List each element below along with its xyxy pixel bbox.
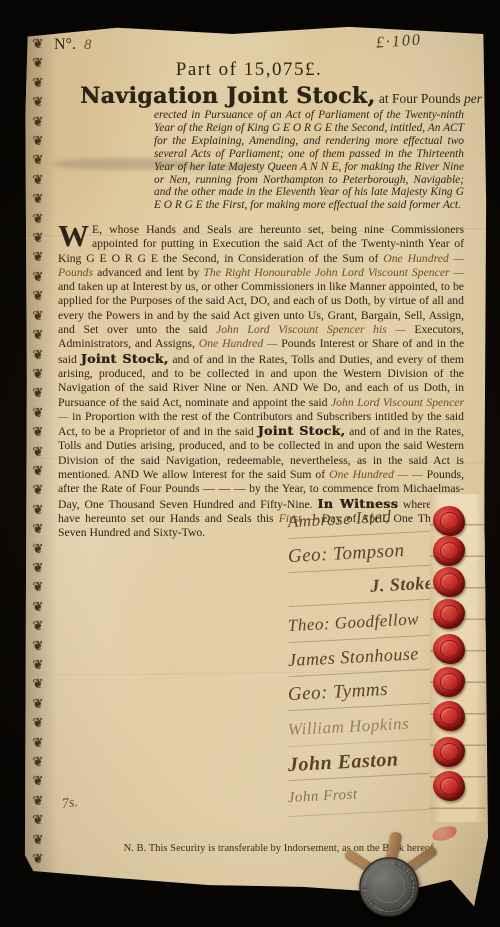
indenture-fleuron-border: ❦ ❦ ❦ ❦ ❦ ❦ ❦ ❦ ❦ ❦ ❦ ❦ ❦ ❦ ❦ ❦ ❦ ❦ ❦ ❦ …	[25, 34, 51, 868]
signature: Theo: Goodfellow	[287, 608, 446, 643]
signature-name: Ambrose Isted	[287, 507, 391, 531]
signature-name: Geo: Tymms	[287, 679, 388, 705]
signature-name: Geo: Tompson	[287, 540, 405, 567]
title-rate: at Four Pounds	[375, 91, 464, 106]
handwritten-entry-sum: One Hundred — —	[329, 468, 426, 481]
certificate-title: Navigation Joint Stock, at Four Pounds p…	[80, 83, 484, 109]
number-value-handwritten: 8	[84, 37, 92, 53]
signature: William Hopkins	[287, 712, 446, 747]
act-preamble: erected in Pursuance of an Act of Parlia…	[154, 109, 464, 212]
title-rate-percent: per Cent.	[464, 91, 500, 106]
part-of-total-line: Part of 15,075£.	[84, 59, 414, 81]
handwritten-entry-lender: The Right Honourable John Lord Viscount …	[203, 266, 464, 279]
wax-seal	[433, 771, 465, 801]
deed-body-text: WE, whose Hands and Seals are hereunto s…	[58, 223, 464, 541]
photo-background: ❦ ❦ ❦ ❦ ❦ ❦ ❦ ❦ ❦ ❦ ❦ ❦ ❦ ❦ ❦ ❦ ❦ ❦ ❦ ❦ …	[0, 0, 500, 927]
signature: John Easton	[287, 746, 446, 781]
joint-stock-blackletter: Joint Stock,	[81, 351, 169, 366]
pendant-seal: · NAVIGATION · JOINT · STOCK ·	[358, 856, 420, 918]
signature-name: John Easton	[287, 748, 399, 776]
signature-name: Theo: Goodfellow	[287, 609, 419, 635]
wax-seal	[433, 506, 465, 536]
signature-name: John Frost	[287, 786, 358, 806]
stock-certificate: ❦ ❦ ❦ ❦ ❦ ❦ ❦ ❦ ❦ ❦ ❦ ❦ ❦ ❦ ❦ ❦ ❦ ❦ ❦ ❦ …	[24, 26, 488, 908]
wax-seal	[433, 567, 465, 597]
signature-name: William Hopkins	[287, 714, 409, 739]
pendant-seal-graphic: · NAVIGATION · JOINT · STOCK ·	[358, 856, 420, 918]
deed-text: advanced and lent by	[97, 266, 203, 279]
number-label: N°.	[54, 36, 76, 53]
certificate-number: N°.8	[54, 36, 91, 54]
handwritten-entry-sum: One Hundred —	[199, 337, 282, 350]
signature: John Frost	[287, 782, 446, 817]
title-blackletter: Navigation Joint Stock,	[80, 83, 375, 109]
handwritten-entry-grantee: John Lord Viscount Spencer his —	[216, 323, 414, 336]
wax-seal	[433, 634, 465, 664]
signature: Geo: Tymms	[287, 676, 446, 711]
amount-annotation-handwritten: £·100	[375, 31, 422, 52]
signature: Geo: Tompson	[287, 538, 446, 573]
drop-cap: W	[58, 223, 92, 249]
signature-name: James Stonhouse	[287, 643, 419, 670]
clerk-mark-handwritten: 7s.	[61, 795, 79, 813]
signature: J. Stokes.	[287, 572, 446, 607]
wax-seal	[433, 701, 465, 731]
joint-stock-blackletter: Joint Stock,	[258, 423, 346, 438]
